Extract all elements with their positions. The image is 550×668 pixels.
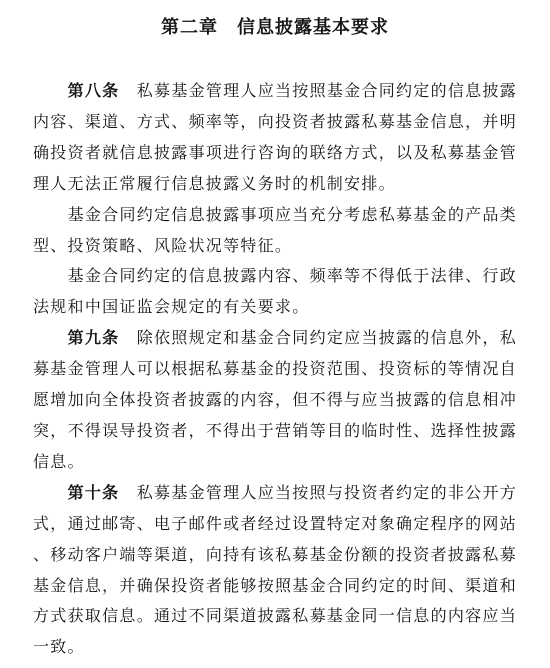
paragraph-minimum-requirements: 基金合同约定的信息披露内容、频率等不得低于法律、行政法规和中国证监会规定的有关要… xyxy=(33,262,517,324)
paragraph-2-text: 基金合同约定信息披露事项应当充分考虑私募基金的产品类型、投资策略、风险状况等特征… xyxy=(33,207,517,255)
article-10-text: 私募基金管理人应当按照与投资者约定的非公开方式，通过邮寄、电子邮件或者经过设置特… xyxy=(33,485,517,657)
document-page: 第二章 信息披露基本要求 第八条私募基金管理人应当按照基金合同约定的信息披露内容… xyxy=(0,0,550,668)
paragraph-article-10: 第十条私募基金管理人应当按照与投资者约定的非公开方式，通过邮寄、电子邮件或者经过… xyxy=(33,479,517,664)
paragraph-3-text: 基金合同约定的信息披露内容、频率等不得低于法律、行政法规和中国证监会规定的有关要… xyxy=(33,268,517,316)
article-8-number: 第八条 xyxy=(68,83,137,100)
article-9-number: 第九条 xyxy=(68,330,137,347)
article-9-text: 除依照规定和基金合同约定应当披露的信息外，私募基金管理人可以根据私募基金的投资范… xyxy=(33,330,517,471)
article-10-number: 第十条 xyxy=(68,485,137,502)
paragraph-article-8: 第八条私募基金管理人应当按照基金合同约定的信息披露内容、渠道、方式、频率等，向投… xyxy=(33,77,517,201)
paragraph-fund-contract-scope: 基金合同约定信息披露事项应当充分考虑私募基金的产品类型、投资策略、风险状况等特征… xyxy=(33,201,517,263)
chapter-title: 第二章 信息披露基本要求 xyxy=(33,13,517,41)
paragraph-article-9: 第九条除依照规定和基金合同约定应当披露的信息外，私募基金管理人可以根据私募基金的… xyxy=(33,324,517,479)
